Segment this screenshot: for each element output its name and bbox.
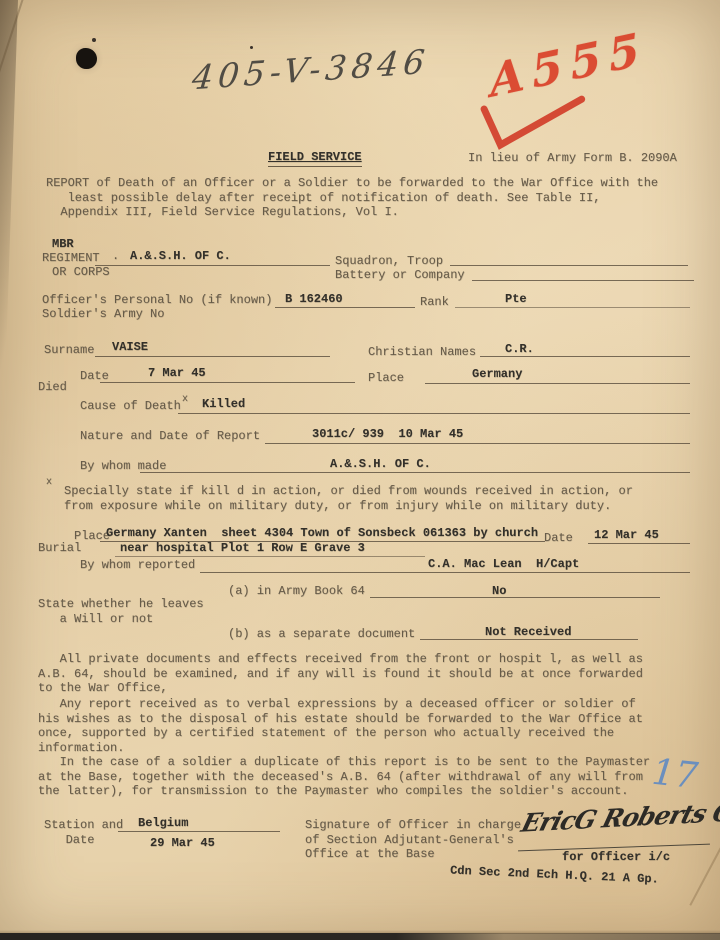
mbr-note: MBR <box>52 237 74 252</box>
cause-footnote-marker: x <box>182 393 188 408</box>
bottom-page-edge <box>0 933 720 940</box>
punch-hole <box>76 48 97 69</box>
surname-label: Surname <box>44 343 94 358</box>
blue-number-handwriting: 17 <box>650 752 700 798</box>
file-number-handwriting: 405-V-3846 <box>190 42 431 98</box>
christian-names-label: Christian Names <box>368 345 476 360</box>
form-line <box>588 543 690 544</box>
form-line <box>480 356 690 357</box>
report-instructions: REPORT of Death of an Officer or a Soldi… <box>46 176 658 220</box>
regiment-dot: . <box>112 249 119 264</box>
by-whom-made-value: A.&.S.H. OF C. <box>330 457 431 472</box>
form-line <box>455 307 690 308</box>
rank-value: Pte <box>505 292 527 307</box>
burial-date-label: Date <box>544 531 573 546</box>
station-date-value: 29 Mar 45 <box>150 836 215 851</box>
form-line <box>140 472 690 473</box>
form-line <box>100 382 355 383</box>
paragraph-paymaster: In the case of a soldier a duplicate of … <box>38 755 650 799</box>
station-date-label: Station and Date <box>44 818 123 847</box>
burial-place-line2: near hospital Plot 1 Row E Grave 3 <box>120 541 365 556</box>
form-line <box>275 307 415 308</box>
will-state-label: State whether he leaves a Will or not <box>38 597 204 626</box>
paragraph-verbal-expressions: Any report received as to verbal express… <box>38 697 643 755</box>
form-line <box>118 831 280 832</box>
ink-speck <box>92 38 96 42</box>
form-line <box>265 443 690 444</box>
cause-of-death-value: Killed <box>202 397 245 412</box>
form-line <box>115 556 425 557</box>
officer-signature-script: EricG Roberts Capt <box>518 795 720 838</box>
for-officer-note: for Officer i/c <box>562 850 670 865</box>
unit-stamp-line: Cdn Sec 2nd Ech H.Q. 21 A Gp. <box>450 863 659 887</box>
footnote-marker: x <box>46 476 52 491</box>
burial-place-line1: Germany Xanten sheet 4304 Town of Sonsbe… <box>106 526 538 541</box>
will-army-book-label: (a) in Army Book 64 <box>228 584 365 599</box>
form-line <box>420 639 638 640</box>
personal-no-value: B 162460 <box>285 292 343 307</box>
form-line <box>95 265 330 266</box>
or-corps-label: OR CORPS <box>52 265 110 280</box>
died-date-value: 7 Mar 45 <box>148 366 206 381</box>
form-line <box>200 572 690 573</box>
nature-of-report-value: 3011c/ 939 10 Mar 45 <box>312 427 463 442</box>
form-line <box>95 356 330 357</box>
burial-date-value: 12 Mar 45 <box>594 528 659 543</box>
by-whom-reported-label: By whom reported <box>80 558 195 573</box>
nature-of-report-label: Nature and Date of Report <box>80 429 260 444</box>
will-separate-doc-label: (b) as a separate document <box>228 627 415 642</box>
signature-label: Signature of Officer in charge of Sectio… <box>305 818 521 862</box>
ink-speck <box>250 46 253 49</box>
regiment-value: A.&.S.H. OF C. <box>130 249 231 264</box>
red-checkmark-icon <box>472 82 590 161</box>
regiment-label: REGIMENT <box>42 251 100 266</box>
died-section-label: Died <box>38 380 67 395</box>
by-whom-reported-value: C.A. Mac Lean H/Capt <box>428 557 579 572</box>
scanned-death-report-page: 405-V-3846 A555 17 FIELD SERVICE In lieu… <box>0 0 720 940</box>
christian-names-value: C.R. <box>505 342 534 357</box>
footnote-text: Specially state if kill d in action, or … <box>64 484 633 513</box>
died-place-value: Germany <box>472 367 522 382</box>
form-line <box>450 265 688 266</box>
cause-of-death-label: Cause of Death <box>80 399 181 414</box>
battery-label: Battery or Company <box>335 268 465 283</box>
rank-label: Rank <box>420 295 449 310</box>
paragraph-documents: All private documents and effects receiv… <box>38 652 643 696</box>
squadron-label: Squadron, Troop <box>335 254 443 269</box>
surname-value: VAISE <box>112 340 148 355</box>
form-line <box>370 597 660 598</box>
form-title: FIELD SERVICE <box>268 150 362 167</box>
personal-no-label: Officer's Personal No (if known) <box>42 293 272 308</box>
form-line <box>425 383 690 384</box>
station-value: Belgium <box>138 816 188 831</box>
form-line <box>472 280 694 281</box>
army-no-label: Soldier's Army No <box>42 307 164 322</box>
died-place-label: Place <box>368 371 404 386</box>
will-separate-doc-value: Not Received <box>485 625 571 640</box>
form-reference: In lieu of Army Form B. 2090A <box>468 151 677 166</box>
form-line <box>178 413 690 414</box>
